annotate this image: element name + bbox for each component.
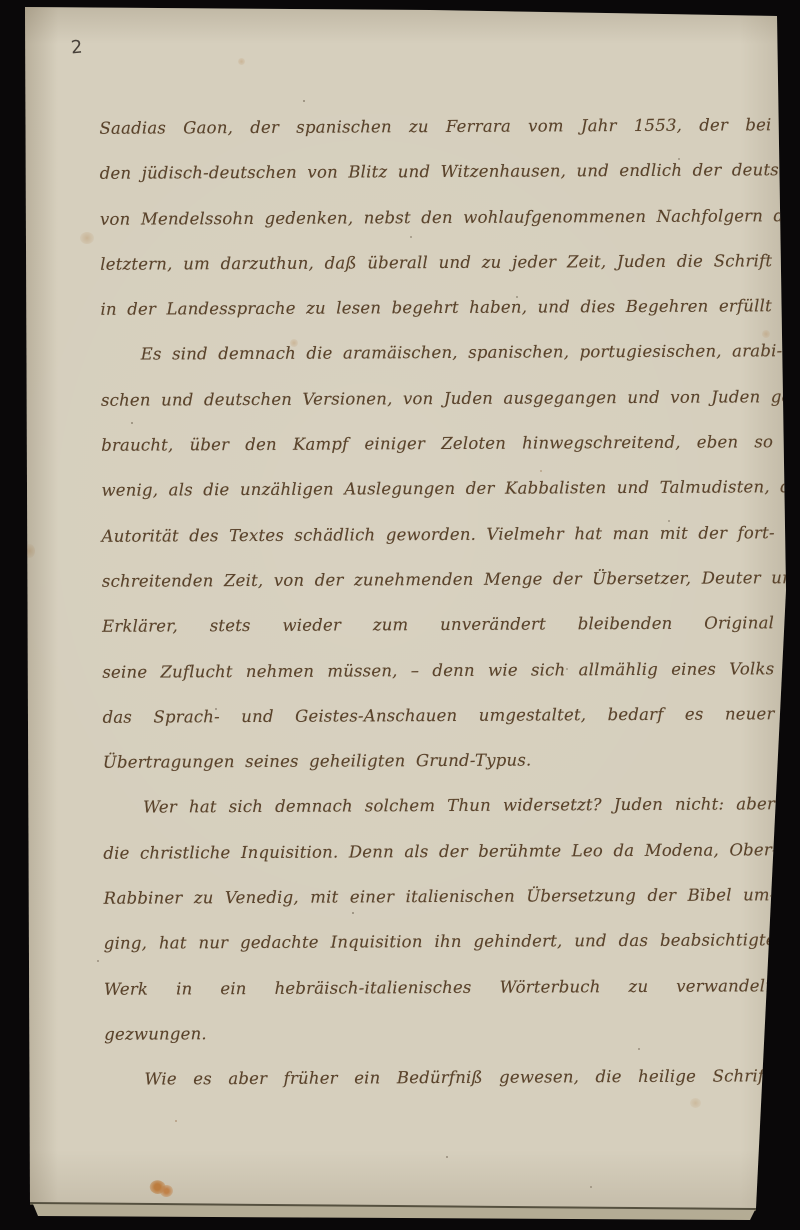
ink-stain [159, 1184, 175, 1199]
text-line: schreitenden Zeit, von der zunehmenden M… [102, 555, 774, 604]
text-line: letztern, um darzuthun, daß überall und … [100, 238, 772, 287]
paragraph: Saadias Gaon, der spanischen zu Ferrara … [99, 102, 772, 332]
text-line: Werk in ein hebräisch-italienisches Wört… [104, 963, 776, 1012]
text-line: Rabbiner zu Venedig, mit einer italienis… [103, 872, 775, 921]
text-line: gezwungen. [104, 1008, 776, 1057]
foxing-spot [24, 544, 35, 558]
text-line: ging, hat nur gedachte Inquisition ihn g… [104, 918, 776, 967]
backdrop: 2 Saadias Gaon, der spanischen zu Ferrar… [0, 0, 800, 1230]
text-line: schen und deutschen Versionen, von Juden… [101, 374, 773, 423]
text-line: Saadias Gaon, der spanischen zu Ferrara … [99, 102, 771, 151]
foxing-spot [80, 232, 94, 244]
paragraph: Wer hat sich demnach solchem Thun widers… [103, 782, 776, 1057]
text-line: von Mendelssohn gedenken, nebst den wohl… [100, 193, 772, 242]
text-line: Wer hat sich demnach solchem Thun widers… [103, 782, 775, 831]
text-line: Es sind demnach die aramäischen, spanisc… [101, 329, 773, 378]
page-number: 2 [70, 37, 83, 59]
paper-specks [0, 0, 2, 2]
text-line: Autorität des Textes schädlich geworden.… [102, 510, 774, 559]
manuscript-text: Saadias Gaon, der spanischen zu Ferrara … [99, 102, 776, 1102]
paragraph: Es sind demnach die aramäischen, spanisc… [101, 329, 775, 785]
ink-stain [148, 1177, 168, 1197]
text-line: seine Zuflucht nehmen müssen, – denn wie… [102, 646, 774, 695]
foxing-spot [690, 1098, 701, 1108]
text-line: die christliche Inquisition. Denn als de… [103, 827, 775, 876]
text-line: Übertragungen seines geheiligten Grund-T… [103, 736, 775, 785]
text-line: das Sprach- und Geistes-Anschauen umgest… [102, 691, 774, 740]
foxing-spot [238, 58, 245, 65]
text-line: wenig, als die unzähligen Auslegungen de… [101, 465, 773, 514]
text-line: Erklärer, stets wieder zum unverändert b… [102, 601, 774, 650]
text-line: braucht, über den Kampf einiger Zeloten … [101, 419, 773, 468]
paragraph: Wie es aber früher ein Bedürfniß gewesen… [104, 1053, 776, 1102]
manuscript-page: 2 Saadias Gaon, der spanischen zu Ferrar… [0, 0, 800, 1230]
text-line: den jüdisch-deutschen von Blitz und Witz… [100, 148, 772, 197]
text-line: Wie es aber früher ein Bedürfniß gewesen… [104, 1053, 776, 1102]
text-line: in der Landessprache zu lesen begehrt ha… [100, 283, 772, 332]
